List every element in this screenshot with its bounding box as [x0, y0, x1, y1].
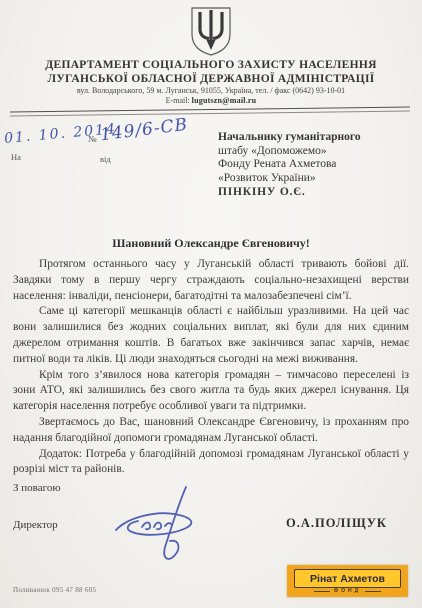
recipient-line: Фонду Рената Ахметова	[218, 158, 413, 172]
body-paragraph: Крім того з’явилося нова категорія грома…	[13, 368, 409, 415]
vid-label: від	[100, 154, 111, 164]
logo-dash-left	[314, 591, 330, 592]
recipient-line: Начальнику гуманітарного	[218, 131, 413, 145]
logo-name-plate: Рінат Ахметов	[294, 569, 401, 588]
signature-scribble	[108, 483, 248, 568]
org-email-line: E-mail: lugutszn@mail.ru	[0, 96, 422, 105]
handwritten-ref-number: 149/6-СВ	[99, 115, 189, 146]
body-paragraph: Протягом останнього часу у Луганській об…	[13, 257, 409, 304]
closing-phrase: З повагою	[13, 482, 61, 494]
body-paragraph: Додаток: Потреба у благодійній допомозі …	[13, 447, 409, 479]
email-value: lugutszn@mail.ru	[192, 96, 257, 105]
number-sign-label: №	[88, 134, 97, 144]
org-name: ДЕПАРТАМЕНТ СОЦІАЛЬНОГО ЗАХИСТУ НАСЕЛЕНН…	[0, 58, 422, 86]
body-paragraph: Звертаємось до Вас, шановний Олександре …	[13, 415, 409, 447]
body-paragraph: Саме ці категорії мешканців області є на…	[13, 304, 409, 367]
logo-subtitle-row: ФОНД	[287, 588, 408, 594]
logo-subtitle: ФОНД	[334, 588, 361, 594]
org-name-line1: ДЕПАРТАМЕНТ СОЦІАЛЬНОГО ЗАХИСТУ НАСЕЛЕНН…	[0, 58, 422, 72]
recipient-line: «Розвиток України»	[218, 172, 413, 186]
recipient-name: ПІНКІНУ О.Є.	[218, 186, 413, 200]
salutation: Шановний Олександре Євгеновичу!	[0, 236, 422, 251]
letter-body: Протягом останнього часу у Луганській об…	[13, 257, 409, 478]
scanned-letter-page: ДЕПАРТАМЕНТ СОЦІАЛЬНОГО ЗАХИСТУ НАСЕЛЕНН…	[0, 0, 422, 608]
ukraine-trident-emblem	[189, 6, 233, 56]
org-name-line2: ЛУГАНСЬКОЇ ОБЛАСНОЇ ДЕРЖАВНОЇ АДМІНІСТРА…	[0, 72, 422, 86]
rinat-akhmetov-foundation-logo: Рінат Ахметов ФОНД	[287, 565, 408, 597]
logo-dash-right	[365, 591, 381, 592]
org-address: вул. Володарського, 59 м. Луганськ, 9105…	[0, 86, 422, 95]
email-label: E-mail:	[166, 96, 190, 105]
recipient-block: Начальнику гуманітарного штабу «Допоможе…	[218, 131, 413, 200]
signer-title: Директор	[13, 519, 58, 531]
executor-contact: Поливанюк 095 47 88 605	[13, 586, 96, 594]
recipient-line: штабу «Допоможемо»	[218, 145, 413, 159]
signer-name: О.А.ПОЛІЩУК	[286, 516, 387, 531]
header-separator-line	[10, 107, 410, 117]
na-label: На	[11, 152, 21, 162]
